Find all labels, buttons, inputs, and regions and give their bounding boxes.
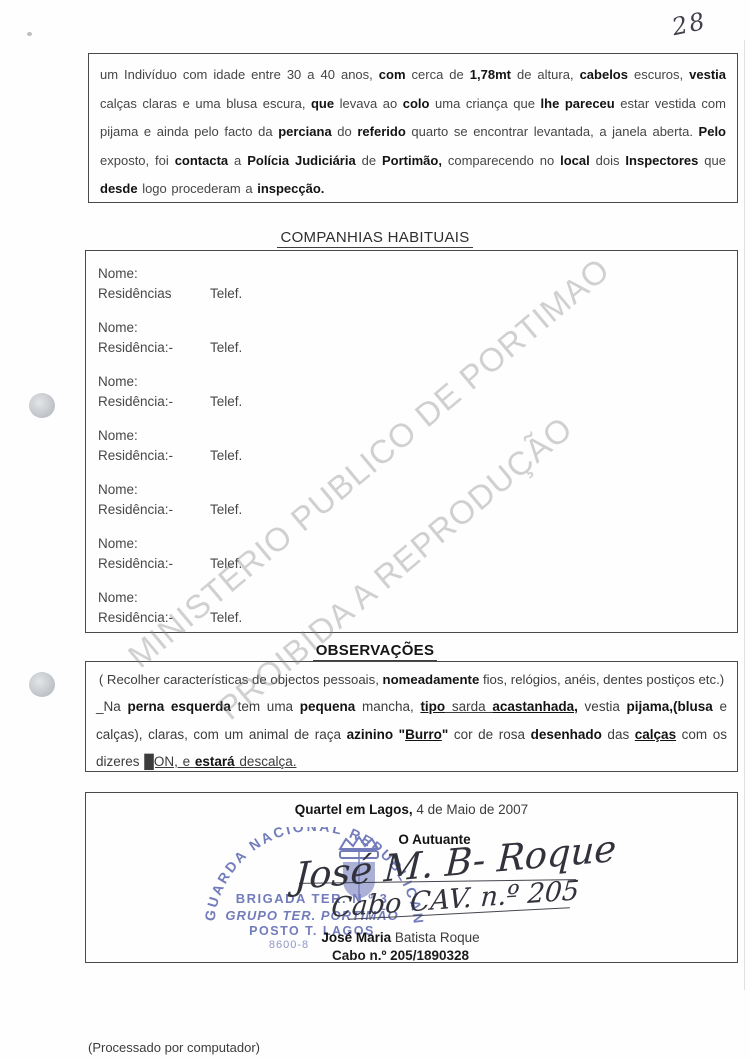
nome-label: Nome:	[98, 426, 737, 446]
companion-entry: Nome: Residência:-Telef.	[98, 318, 737, 358]
punch-hole-bottom	[29, 672, 55, 697]
printed-id: Cabo n.º 205/1890328	[86, 948, 737, 963]
companion-entry: Nome: Residência:-Telef.	[98, 372, 737, 412]
companion-entry: Nome: Residência:-Telef.	[98, 588, 737, 628]
companion-entry: Nome: Residência:-Telef.	[98, 426, 737, 466]
observations-box: ( Recolher características de objectos p…	[85, 661, 738, 772]
companion-entry: Nome: Residência:-Telef.	[98, 534, 737, 574]
telef-label: Telef.	[210, 556, 242, 571]
telef-label: Telef.	[210, 394, 242, 409]
residencia-label: Residência:-	[98, 608, 210, 628]
residencia-label: Residência:-	[98, 446, 210, 466]
nome-label: Nome:	[98, 588, 737, 608]
residencia-label: Residência:-	[98, 392, 210, 412]
nome-label: Nome:	[98, 480, 737, 500]
intro-paragraph: um Indivíduo com idade entre 30 a 40 ano…	[100, 61, 726, 204]
residencia-label: Residência:-	[98, 500, 210, 520]
telef-label: Telef.	[210, 502, 242, 517]
intro-paragraph-box: um Indivíduo com idade entre 30 a 40 ano…	[88, 53, 738, 203]
date-line: Quartel em Lagos, 4 de Maio de 2007	[86, 802, 737, 817]
telef-label: Telef.	[210, 610, 242, 625]
residencia-label: Residências	[98, 284, 210, 304]
nome-label: Nome:	[98, 534, 737, 554]
page-edge-shadow	[744, 40, 745, 990]
residencia-label: Residência:-	[98, 338, 210, 358]
telef-label: Telef.	[210, 448, 242, 463]
handwritten-page-number: 28	[669, 7, 709, 42]
signature-box: Quartel em Lagos, 4 de Maio de 2007 O Au…	[85, 792, 738, 963]
punch-hole-top	[29, 393, 55, 418]
companion-entry: Nome: Residência:-Telef.	[98, 480, 737, 520]
telef-label: Telef.	[210, 286, 242, 301]
observations-note: ( Recolher características de objectos p…	[96, 668, 727, 692]
companion-entry: Nome: ResidênciasTelef.	[98, 264, 737, 304]
scan-speck	[27, 32, 32, 36]
companions-box: Nome: ResidênciasTelef. Nome: Residência…	[85, 250, 738, 633]
residencia-label: Residência:-	[98, 554, 210, 574]
telef-label: Telef.	[210, 340, 242, 355]
nome-label: Nome:	[98, 318, 737, 338]
footer-note: (Processado por computador)	[88, 1040, 260, 1055]
observations-section-title: OBSERVAÇÕES	[0, 642, 750, 661]
nome-label: Nome:	[98, 372, 737, 392]
nome-label: Nome:	[98, 264, 737, 284]
companions-section-title: COMPANHIAS HABITUAIS	[0, 229, 750, 248]
printed-name: José Maria Batista Roque	[86, 930, 737, 945]
observations-paragraph: _Na perna esquerda tem uma pequena manch…	[96, 693, 727, 776]
